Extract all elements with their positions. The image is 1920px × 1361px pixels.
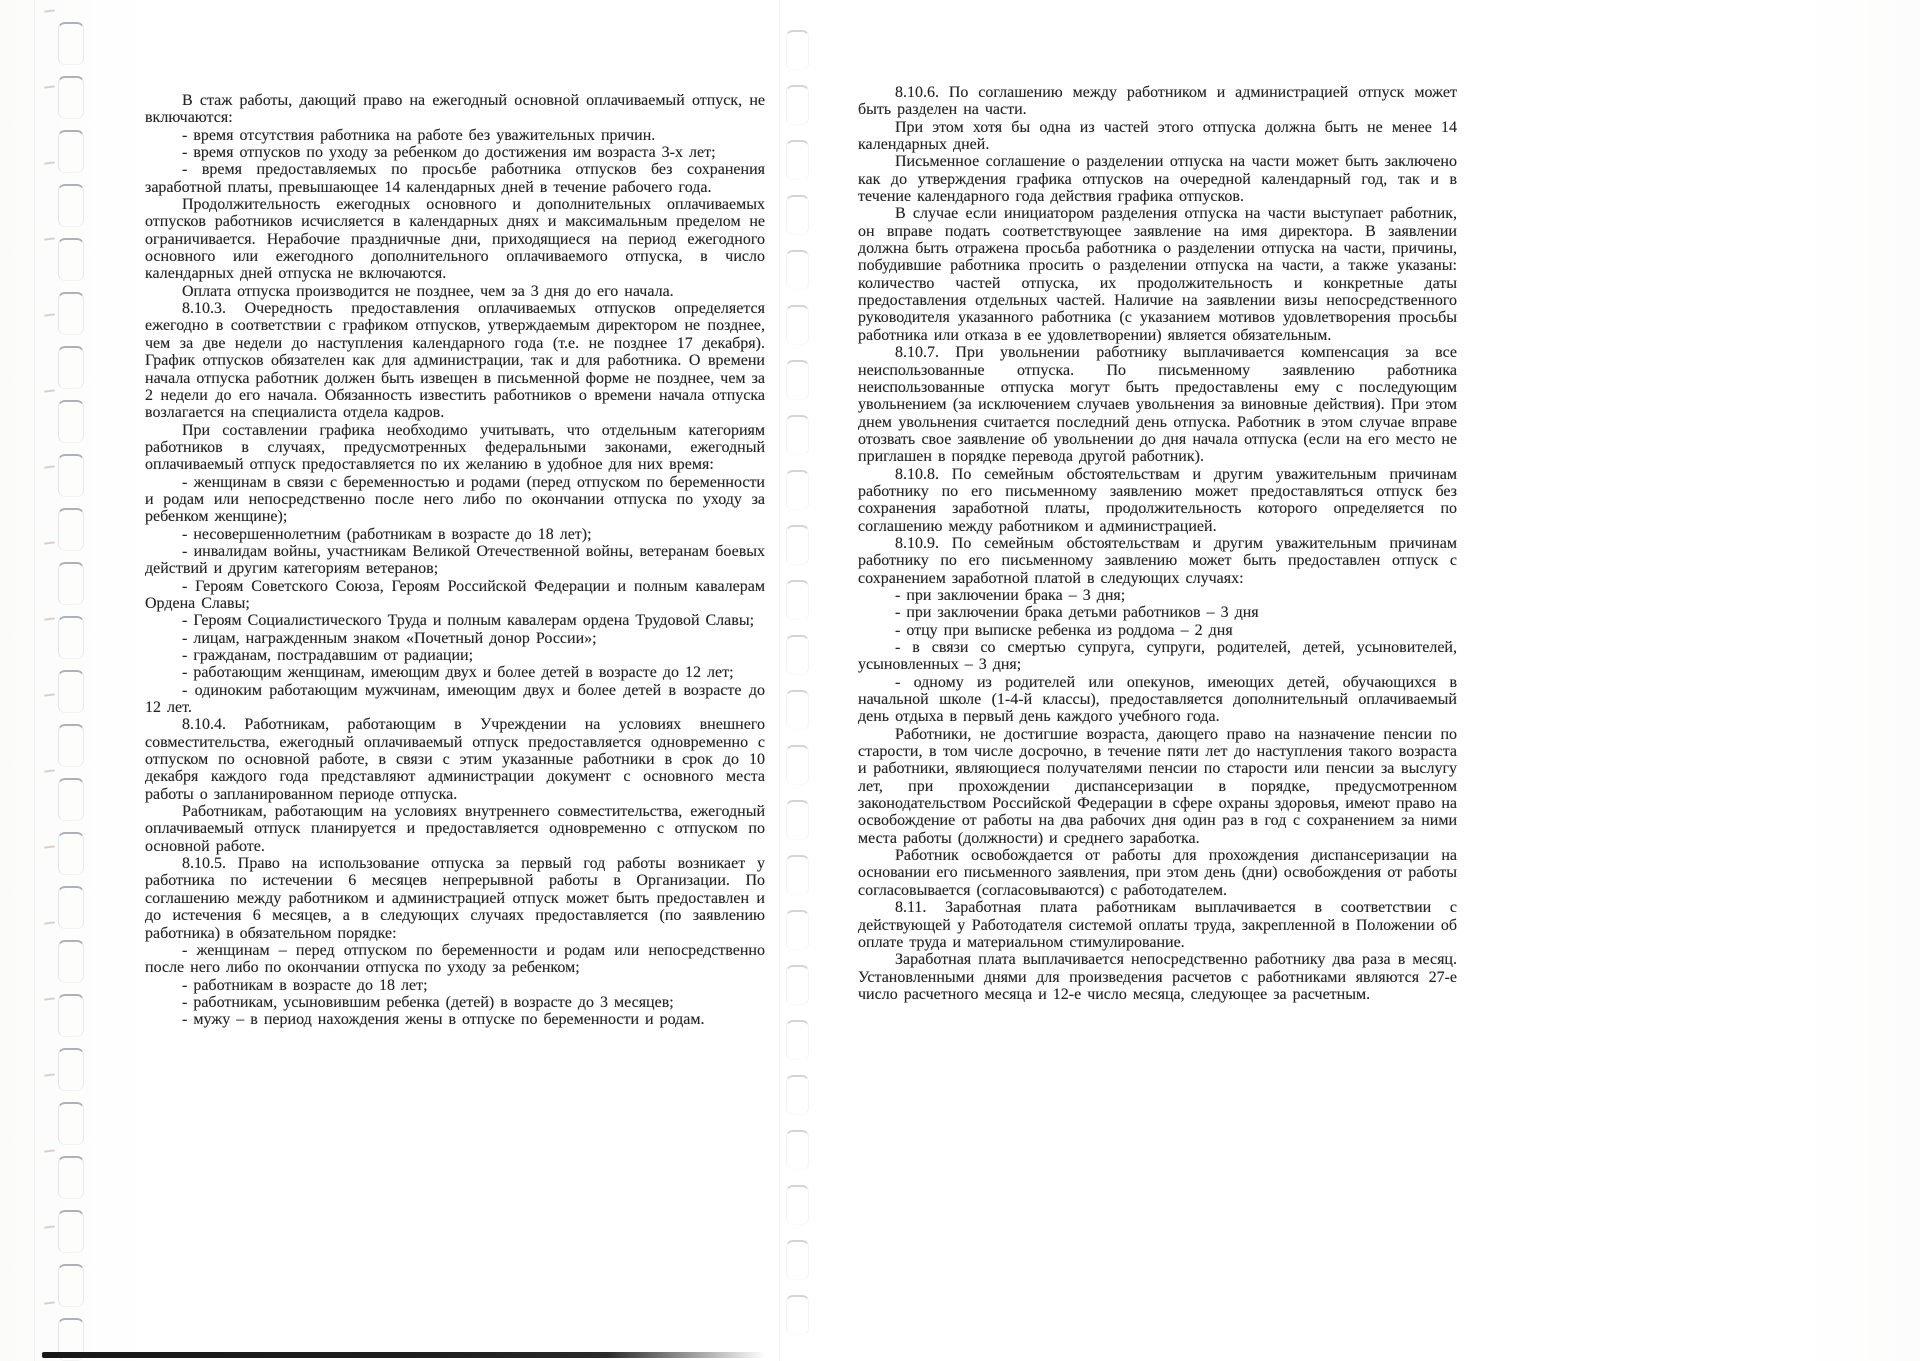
binding-hole-mark [786,525,809,565]
binding-hole-mark [786,1185,809,1225]
binding-hole-mark [58,1264,84,1307]
paragraph: 8.10.9. По семейным обстоятельствам и др… [858,535,1457,587]
binding-hole-mark [58,940,84,983]
torn-edge-tick [44,1301,55,1304]
binding-hole-mark [58,400,84,443]
torn-edge-tick [44,161,55,164]
binding-hole-mark [786,635,809,675]
binding-hole-mark [786,965,809,1005]
page-edge-line-left [34,0,35,1361]
torn-edge-tick [44,1149,55,1152]
binding-hole-mark [58,832,84,875]
paragraph: В стаж работы, дающий право на ежегодный… [145,92,765,127]
torn-edge-tick [44,693,55,696]
binding-hole-mark [786,30,809,70]
paragraph: - работникам в возрасте до 18 лет; [145,977,765,994]
binding-hole-mark [786,1130,809,1170]
torn-edge-tick [44,9,55,12]
binding-hole-mark [58,1048,84,1091]
binding-hole-mark [786,855,809,895]
binding-hole-mark [58,22,84,65]
torn-edge-tick [44,997,55,1000]
paragraph: Заработная плата выплачивается непосредс… [858,951,1457,1003]
paragraph: 8.10.3. Очередность предоставления оплач… [145,300,765,421]
paragraph: - несовершеннолетним (работникам в возра… [145,526,765,543]
paragraph: - инвалидам войны, участникам Великой От… [145,543,765,578]
binding-hole-mark [786,1295,809,1335]
document-page-1-text: В стаж работы, дающий право на ежегодный… [145,92,765,1029]
binding-hole-mark [58,616,84,659]
binding-hole-mark [786,580,809,620]
binding-hole-mark [58,562,84,605]
binding-hole-mark [58,724,84,767]
paragraph: - работникам, усыновившим ребенка (детей… [145,994,765,1011]
torn-edge-tick [44,921,55,924]
paragraph: Работникам, работающим на условиях внутр… [145,803,765,855]
paragraph: 8.10.7. При увольнении работнику выплачи… [858,344,1457,465]
binding-hole-mark [58,886,84,929]
paragraph: - Героям Социалистического Труда и полны… [145,612,765,629]
paragraph: - время предоставляемых по просьбе работ… [145,161,765,196]
binding-hole-mark [58,292,84,335]
binding-hole-mark [786,360,809,400]
paragraph: - при заключении брака – 3 дня; [858,587,1457,604]
paragraph: 8.10.4. Работникам, работающим в Учрежде… [145,716,765,803]
torn-edge-tick [44,313,55,316]
paragraph: 8.10.6. По соглашению между работником и… [858,84,1457,119]
paragraph: - отцу при выписке ребенка из роддома – … [858,622,1457,639]
binding-hole-mark [58,778,84,821]
binding-hole-mark [786,800,809,840]
paragraph: - время отпусков по уходу за ребенком до… [145,144,765,161]
paragraph: При составлении графика необходимо учиты… [145,422,765,474]
paragraph: - мужу – в период нахождения жены в отпу… [145,1011,765,1028]
binding-hole-mark [58,1210,84,1253]
paragraph: В случае если инициатором разделения отп… [858,205,1457,344]
torn-edge-tick [44,845,55,848]
paragraph: 8.10.8. По семейным обстоятельствам и др… [858,466,1457,535]
binding-hole-mark [58,130,84,173]
torn-edge-tick [44,465,55,468]
binding-hole-mark [786,85,809,125]
paragraph: Оплата отпуска производится не позднее, … [145,283,765,300]
torn-edge-tick [44,617,55,620]
binding-hole-mark [58,670,84,713]
scan-bottom-edge-artifact [42,1352,766,1358]
torn-edge-tick [44,85,55,88]
paragraph: - Героям Советского Союза, Героям Россий… [145,578,765,613]
paragraph: - женщинам – перед отпуском по беременно… [145,942,765,977]
torn-edge-tick [44,769,55,772]
binding-hole-mark [786,195,809,235]
paragraph: - при заключении брака детьми работников… [858,604,1457,621]
paragraph: При этом хотя бы одна из частей этого от… [858,119,1457,154]
paragraph: Работник освобождается от работы для про… [858,847,1457,899]
paragraph: Продолжительность ежегодных основного и … [145,196,765,283]
binding-hole-mark [786,745,809,785]
binding-hole-mark [58,238,84,281]
binding-hole-mark [786,250,809,290]
paragraph: Письменное соглашение о разделении отпус… [858,153,1457,205]
page-edge-line-middle [779,0,780,1361]
torn-edge-tick [44,389,55,392]
binding-hole-mark [786,305,809,345]
binding-hole-mark [786,1240,809,1280]
binding-hole-mark [786,415,809,455]
paragraph: 8.11. Заработная плата работникам выплач… [858,899,1457,951]
paragraph: - лицам, награжденным знаком «Почетный д… [145,630,765,647]
binding-hole-mark [58,994,84,1037]
document-page-2-text: 8.10.6. По соглашению между работником и… [858,84,1457,1003]
binding-hole-mark [58,508,84,551]
binding-hole-mark [58,76,84,119]
binding-hole-mark [58,1156,84,1199]
binding-hole-mark [786,470,809,510]
torn-edge-tick [44,541,55,544]
binding-hole-mark [58,184,84,227]
torn-edge-tick [44,237,55,240]
paragraph: - одному из родителей или опекунов, имею… [858,674,1457,726]
binding-hole-mark [786,1075,809,1115]
binding-hole-mark [786,690,809,730]
scanned-document: В стаж работы, дающий право на ежегодный… [0,0,1920,1361]
paragraph: Работники, не достигшие возраста, дающег… [858,726,1457,847]
binding-hole-mark [786,910,809,950]
paragraph: 8.10.5. Право на использование отпуска з… [145,855,765,942]
paragraph: - работающим женщинам, имеющим двух и бо… [145,664,765,681]
paragraph: - время отсутствия работника на работе б… [145,127,765,144]
torn-edge-tick [44,1073,55,1076]
binding-hole-mark [786,140,809,180]
binding-hole-mark [58,346,84,389]
torn-edge-tick [44,1225,55,1228]
binding-hole-mark [58,454,84,497]
paragraph: - женщинам в связи с беременностью и род… [145,474,765,526]
binding-hole-mark [786,1020,809,1060]
paragraph: - гражданам, пострадавшим от радиации; [145,647,765,664]
paragraph: - одиноким работающим мужчинам, имеющим … [145,682,765,717]
binding-hole-mark [58,1102,84,1145]
paragraph: - в связи со смертью супруга, супруги, р… [858,639,1457,674]
